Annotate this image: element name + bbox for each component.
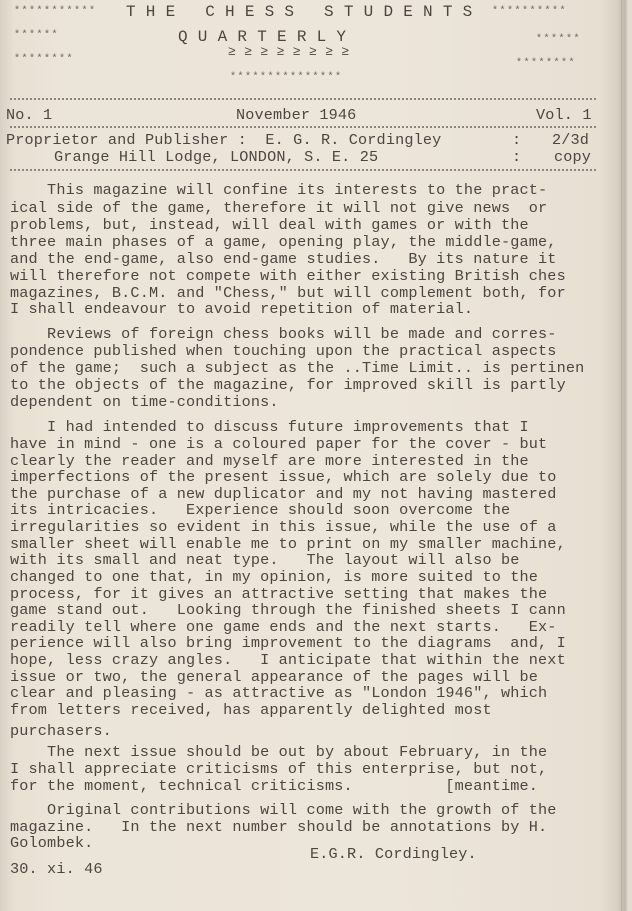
price-separator: : xyxy=(512,148,521,166)
masthead-stars-right-1: ********** xyxy=(492,6,567,17)
masthead-stars-right-2: ****** xyxy=(536,34,581,45)
paragraph-1-line: will therefore not compete with either e… xyxy=(10,267,566,285)
divider xyxy=(10,169,596,171)
address-line: Grange Hill Lodge, LONDON, S. E. 25 xyxy=(54,148,378,166)
paragraph-3-line: I had intended to discuss future improve… xyxy=(10,418,529,436)
masthead-stars-left-1: *********** xyxy=(14,6,97,17)
paragraph-3-line: irregularities so evident in this issue,… xyxy=(10,518,557,536)
masthead-stars-center: *************** xyxy=(230,72,343,83)
paragraph-1-line: problems, but, instead, will deal with g… xyxy=(10,216,529,234)
paragraph-2-line: pondence published when touching upon th… xyxy=(10,342,557,360)
masthead-stars-left-3: ******** xyxy=(14,54,74,65)
paragraph-3-line: game stand out. Looking through the fini… xyxy=(10,601,566,619)
issue-volume: Vol. 1 xyxy=(536,106,592,124)
paragraph-2-line: of the game; such a subject as the ..Tim… xyxy=(10,359,584,377)
document-page: *********** T H E C H E S S S T U D E N … xyxy=(0,0,632,911)
paragraph-4-line: The next issue should be out by about Fe… xyxy=(10,743,547,761)
signature-name: E.G.R. Cordingley. xyxy=(310,845,477,863)
divider xyxy=(10,98,596,100)
paragraph-3-line: its intricacies. Experience should soon … xyxy=(10,501,510,519)
paragraph-1-line: ical side of the game, therefore it will… xyxy=(10,199,547,217)
paragraph-3-line: clear and pleasing - as attractive as "L… xyxy=(10,684,547,702)
masthead-stars-right-3: ******** xyxy=(516,58,576,69)
paragraph-3-line: changed to one that, in my opinion, is m… xyxy=(10,568,538,586)
paragraph-1-line: I shall endeavour to avoid repetition of… xyxy=(10,300,473,318)
paragraph-2-line: Reviews of foreign chess books will be m… xyxy=(10,325,557,343)
paragraph-4-line: for the moment, technical criticisms. [m… xyxy=(10,777,538,795)
paragraph-4-line: I shall appreciate criticisms of this en… xyxy=(10,760,547,778)
masthead-stars-left-2: ****** xyxy=(14,30,59,41)
paragraph-2-line: dependent on time-conditions. xyxy=(10,393,279,411)
paragraph-3-line: from letters received, has apparently de… xyxy=(10,701,492,719)
paragraph-3-line: have in mind - one is a coloured paper f… xyxy=(10,435,547,453)
paragraph-1-line: This magazine will confine its interests… xyxy=(10,181,547,199)
paragraph-3-line: imperfections of the present issue, whic… xyxy=(10,468,557,486)
paragraph-1-line: three main phases of a game, opening pla… xyxy=(10,233,557,251)
price-separator: : xyxy=(512,131,521,149)
paragraph-1-line: and the end-game, also end-game studies.… xyxy=(10,250,557,268)
masthead-title: T H E C H E S S S T U D E N T S xyxy=(126,3,473,21)
proprietor-line: Proprietor and Publisher : E. G. R. Cord… xyxy=(6,131,441,149)
divider xyxy=(10,126,596,128)
paragraph-2-line: to the objects of the magazine, for impr… xyxy=(10,376,566,394)
price: 2/3d xyxy=(552,131,589,149)
paragraph-5-line: Original contributions will come with th… xyxy=(10,801,557,819)
paragraph-3-line: purchasers. xyxy=(10,722,112,740)
paragraph-3-line: perience will also bring improvement to … xyxy=(10,634,566,652)
issue-number: No. 1 xyxy=(6,106,52,124)
price-unit: copy xyxy=(554,148,591,166)
paragraph-5-line: Golombek. xyxy=(10,834,93,852)
issue-date: November 1946 xyxy=(236,106,356,124)
paragraph-3-line: hope, less crazy angles. I anticipate th… xyxy=(10,651,566,669)
masthead-underline-marks: ≥ ≥ ≥ ≥ ≥ ≥ ≥ ≥ xyxy=(228,44,350,59)
paragraph-3-line: with its small and neat type. The layout… xyxy=(10,551,520,569)
signature-date: 30. xi. 46 xyxy=(10,860,103,878)
